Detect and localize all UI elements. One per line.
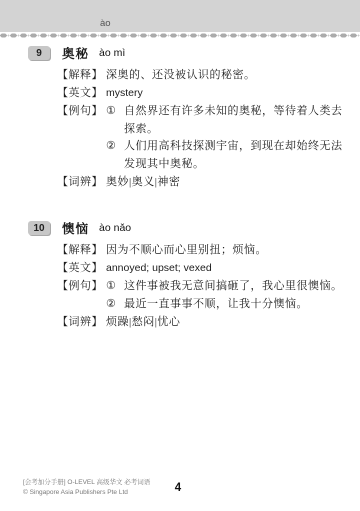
entry-header: 10 懊恼 ào nǎo (28, 219, 333, 237)
entry-aomi: 9 奥秘 ào mì 【解释】 深奥的、还没被认识的秘密。 【英文】 myste… (28, 44, 333, 191)
dotted-divider (0, 32, 360, 39)
definition-label: 【解释】 (57, 242, 103, 260)
entry-sections: 【解释】 因为不顺心而心里别扭；烦恼。 【英文】 annoyed; upset;… (57, 242, 333, 331)
entry-sections: 【解释】 深奥的、还没被认识的秘密。 【英文】 mystery 【例句】 ① 自… (57, 67, 333, 191)
example-text: 这件事被我无意间搞砸了，我心里很懊恼。 (124, 278, 343, 296)
discrimination-row: 【词辨】 烦躁|愁闷|忧心 (57, 314, 333, 332)
example-marker: ② (106, 138, 121, 156)
english-label: 【英文】 (57, 260, 103, 278)
entry-number-badge: 10 (28, 221, 50, 235)
headword-pinyin: ào nǎo (99, 222, 131, 234)
examples-label: 【例句】 (57, 278, 103, 296)
example-marker: ① (106, 103, 121, 121)
examples-list: ① 这件事被我无意间搞砸了，我心里很懊恼。 ② 最近一直事事不顺，让我十分懊恼。 (106, 278, 343, 313)
examples-list: ① 自然界还有许多未知的奥秘，等待着人类去探索。 ② 人们用高科技探测宇宙，到现… (106, 103, 343, 173)
example-item: ① 自然界还有许多未知的奥秘，等待着人类去探索。 (106, 103, 343, 138)
entry-aonao: 10 懊恼 ào nǎo 【解释】 因为不顺心而心里别扭；烦恼。 【英文】 an… (28, 219, 333, 331)
discrimination-label: 【词辨】 (57, 174, 103, 192)
discrimination-label: 【词辨】 (57, 314, 103, 332)
example-marker: ① (106, 278, 121, 296)
discrimination-text: 奥妙|奥义|神密 (106, 174, 333, 192)
example-item: ② 最近一直事事不顺，让我十分懊恼。 (106, 296, 343, 314)
english-text: annoyed; upset; vexed (106, 260, 333, 278)
example-text: 最近一直事事不顺，让我十分懊恼。 (124, 296, 343, 314)
headword: 奥秘 (62, 44, 89, 62)
definition-text: 深奥的、还没被认识的秘密。 (106, 67, 333, 85)
definition-row: 【解释】 因为不顺心而心里别扭；烦恼。 (57, 242, 333, 260)
headword-pinyin: ào mì (99, 47, 125, 59)
english-label: 【英文】 (57, 85, 103, 103)
entry-number-badge: 9 (28, 46, 50, 60)
definition-label: 【解释】 (57, 67, 103, 85)
examples-row: 【例句】 ① 这件事被我无意间搞砸了，我心里很懊恼。 ② 最近一直事事不顺，让我… (57, 278, 333, 313)
english-text: mystery (106, 85, 333, 103)
definition-text: 因为不顺心而心里别扭；烦恼。 (106, 242, 333, 260)
example-text: 自然界还有许多未知的奥秘，等待着人类去探索。 (124, 103, 343, 138)
definition-row: 【解释】 深奥的、还没被认识的秘密。 (57, 67, 333, 85)
examples-label: 【例句】 (57, 103, 103, 121)
example-item: ② 人们用高科技探测宇宙，到现在却始终无法发现其中奥秘。 (106, 138, 343, 173)
entry-header: 9 奥秘 ào mì (28, 44, 333, 62)
dictionary-content: 9 奥秘 ào mì 【解释】 深奥的、还没被认识的秘密。 【英文】 myste… (28, 44, 333, 359)
example-text: 人们用高科技探测宇宙，到现在却始终无法发现其中奥秘。 (124, 138, 343, 173)
headword: 懊恼 (62, 219, 89, 237)
page-number: 4 (0, 482, 356, 494)
page-header-band: ào (0, 0, 360, 32)
pinyin-section-label: ào (100, 18, 111, 29)
english-row: 【英文】 mystery (57, 85, 333, 103)
english-row: 【英文】 annoyed; upset; vexed (57, 260, 333, 278)
discrimination-text: 烦躁|愁闷|忧心 (106, 314, 333, 332)
example-marker: ② (106, 296, 121, 314)
example-item: ① 这件事被我无意间搞砸了，我心里很懊恼。 (106, 278, 343, 296)
discrimination-row: 【词辨】 奥妙|奥义|神密 (57, 174, 333, 192)
examples-row: 【例句】 ① 自然界还有许多未知的奥秘，等待着人类去探索。 ② 人们用高科技探测… (57, 103, 333, 173)
